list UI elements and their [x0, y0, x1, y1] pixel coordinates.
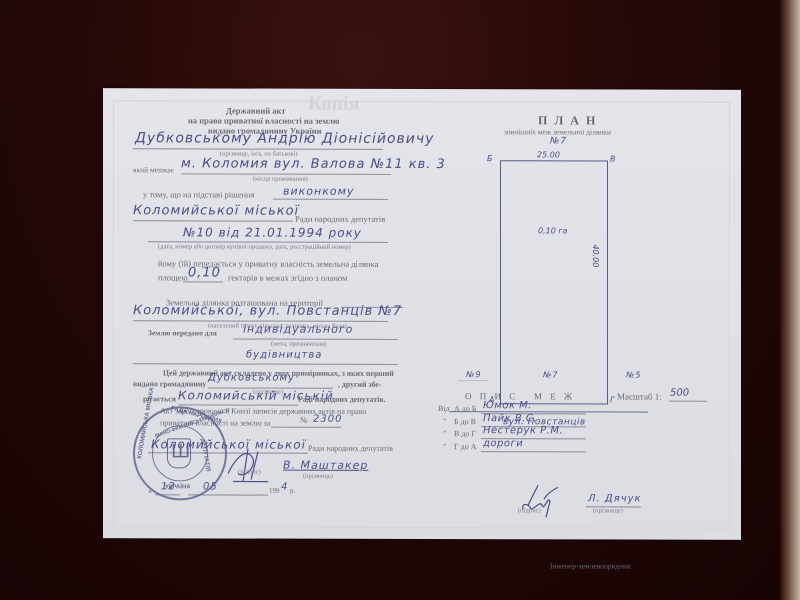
header-title: Державний акт [226, 105, 286, 115]
head-signature [223, 443, 273, 485]
copies-second-suffix: , другий збе- [338, 380, 381, 389]
residence-caption: (місце проживання) [253, 176, 308, 183]
boundary-row-prefix: " [443, 417, 446, 426]
plot-boundary [500, 160, 608, 404]
plan-title: П Л А Н [538, 113, 597, 128]
engineer-title: Інженер-землевпорядник [550, 561, 631, 570]
area-line [183, 281, 223, 282]
land-ownership-certificate: Копія Державний акт на право приватної в… [103, 88, 741, 540]
engineer-signature [518, 481, 563, 521]
registration-number-line [271, 427, 341, 428]
registration-number: 2300 [313, 414, 342, 425]
corner-g: Г [610, 395, 615, 404]
location-value: Коломийської, вул. Повстанців №7 [133, 303, 402, 319]
boundary-row-prefix: " [443, 442, 446, 451]
date-year-digit: 4 [281, 482, 288, 493]
boundary-list: ВідА до БЮмок М."Б до ВПайк В.С."В до ГН… [103, 88, 741, 90]
boundary-row-value: Нестерук Р.М. [483, 425, 563, 436]
neighbor-left-line [458, 380, 488, 381]
decision-council: Коломийської міської [133, 203, 299, 218]
scale-label: Масштаб 1: [617, 392, 662, 402]
neighbor-left: №9 [466, 370, 481, 379]
head-signature-caption: (підпис) [238, 469, 261, 476]
seal-text-bottom: УКРАЇНА [165, 484, 191, 490]
engineer-name: Л. Дячук [588, 493, 642, 504]
decision-intro: у тому, що на підставі рішення [143, 189, 255, 199]
copies-recipient: Дубковському [208, 372, 295, 383]
purpose-label: Землю передано для [148, 328, 217, 337]
boundary-row-segment: Г до А [454, 442, 476, 451]
corner-b: Б [487, 154, 494, 163]
residence-value: м. Коломия вул. Валова №11 кв. 3 [181, 156, 446, 172]
copies-keeper-suffix: Раді народних депутатів. [298, 395, 385, 404]
header-subtitle: на право приватної власності на землю [188, 115, 339, 125]
trident-emblem-icon: Ш [167, 438, 191, 468]
scale-line [669, 401, 707, 402]
registration-number-label: № [300, 416, 308, 425]
boundary-row-segment: А до Б [454, 404, 476, 413]
plan-subtitle: зовнішніх меж земельної ділянки [504, 127, 611, 136]
copy-watermark: Копія [308, 93, 359, 116]
date-year-suffix: р. [290, 487, 295, 495]
boundary-row-segment: Б до В [454, 417, 476, 426]
neighbor-right: №5 [626, 371, 641, 380]
plot-top-dimension: 25.00 [537, 150, 560, 159]
official-seal: Ш КОЛОМИЙСЬКА МІСЬКА РАДА НАРОДНИХ ДЕПУТ… [133, 406, 227, 500]
decision-number-caption: (дата, номер або договір купівлі-продажу… [158, 243, 351, 251]
plan-number: №7 [550, 136, 567, 146]
date-year-prefix: 199 [269, 487, 280, 495]
head-name-caption: (прізвище) [303, 473, 333, 480]
scale-value: 500 [670, 388, 689, 399]
decision-council-label: Ради народних депутатів [295, 214, 385, 224]
boundary-row-prefix: Від [438, 404, 450, 413]
plot-area: 0,10 га [538, 226, 567, 235]
purpose-value-continued: будівництва [246, 350, 322, 361]
neighbor-center: №7 [543, 370, 558, 379]
owner-name: Дубковському Андрію Діонісійовичу [135, 130, 434, 147]
boundary-row-value: дороги [483, 438, 523, 449]
decision-number-date: №10 від 21.01.1994 року [183, 225, 362, 239]
copies-recipient-label: видано громадянину [133, 379, 206, 388]
plot-side-dimension: 40.00 [591, 244, 600, 267]
corner-v: В [610, 154, 617, 163]
engineer-name-caption: (прізвище) [593, 507, 623, 514]
purpose-value: індивідуального [243, 323, 353, 336]
boundary-row-prefix: " [443, 429, 446, 438]
head-name: В. Маштакер [283, 459, 368, 472]
boundary-row-value: Пайк В.С. [483, 413, 537, 424]
purpose-caption: (мета, призначення) [271, 341, 326, 348]
residence-label: який мешкає [133, 165, 174, 174]
boundary-row-segment: В до Г [454, 429, 476, 438]
area-suffix: гектарів в межах згідно з планом [228, 272, 347, 282]
engineer-signature-caption: (підпис) [518, 507, 541, 514]
boundary-row-value: Юмок М. [483, 400, 532, 411]
decision-body: виконкому [283, 185, 354, 198]
head-council-suffix: Ради народних депутатів [308, 444, 393, 453]
area-value: 0,10 [188, 265, 221, 280]
wall-edge [780, 0, 800, 600]
